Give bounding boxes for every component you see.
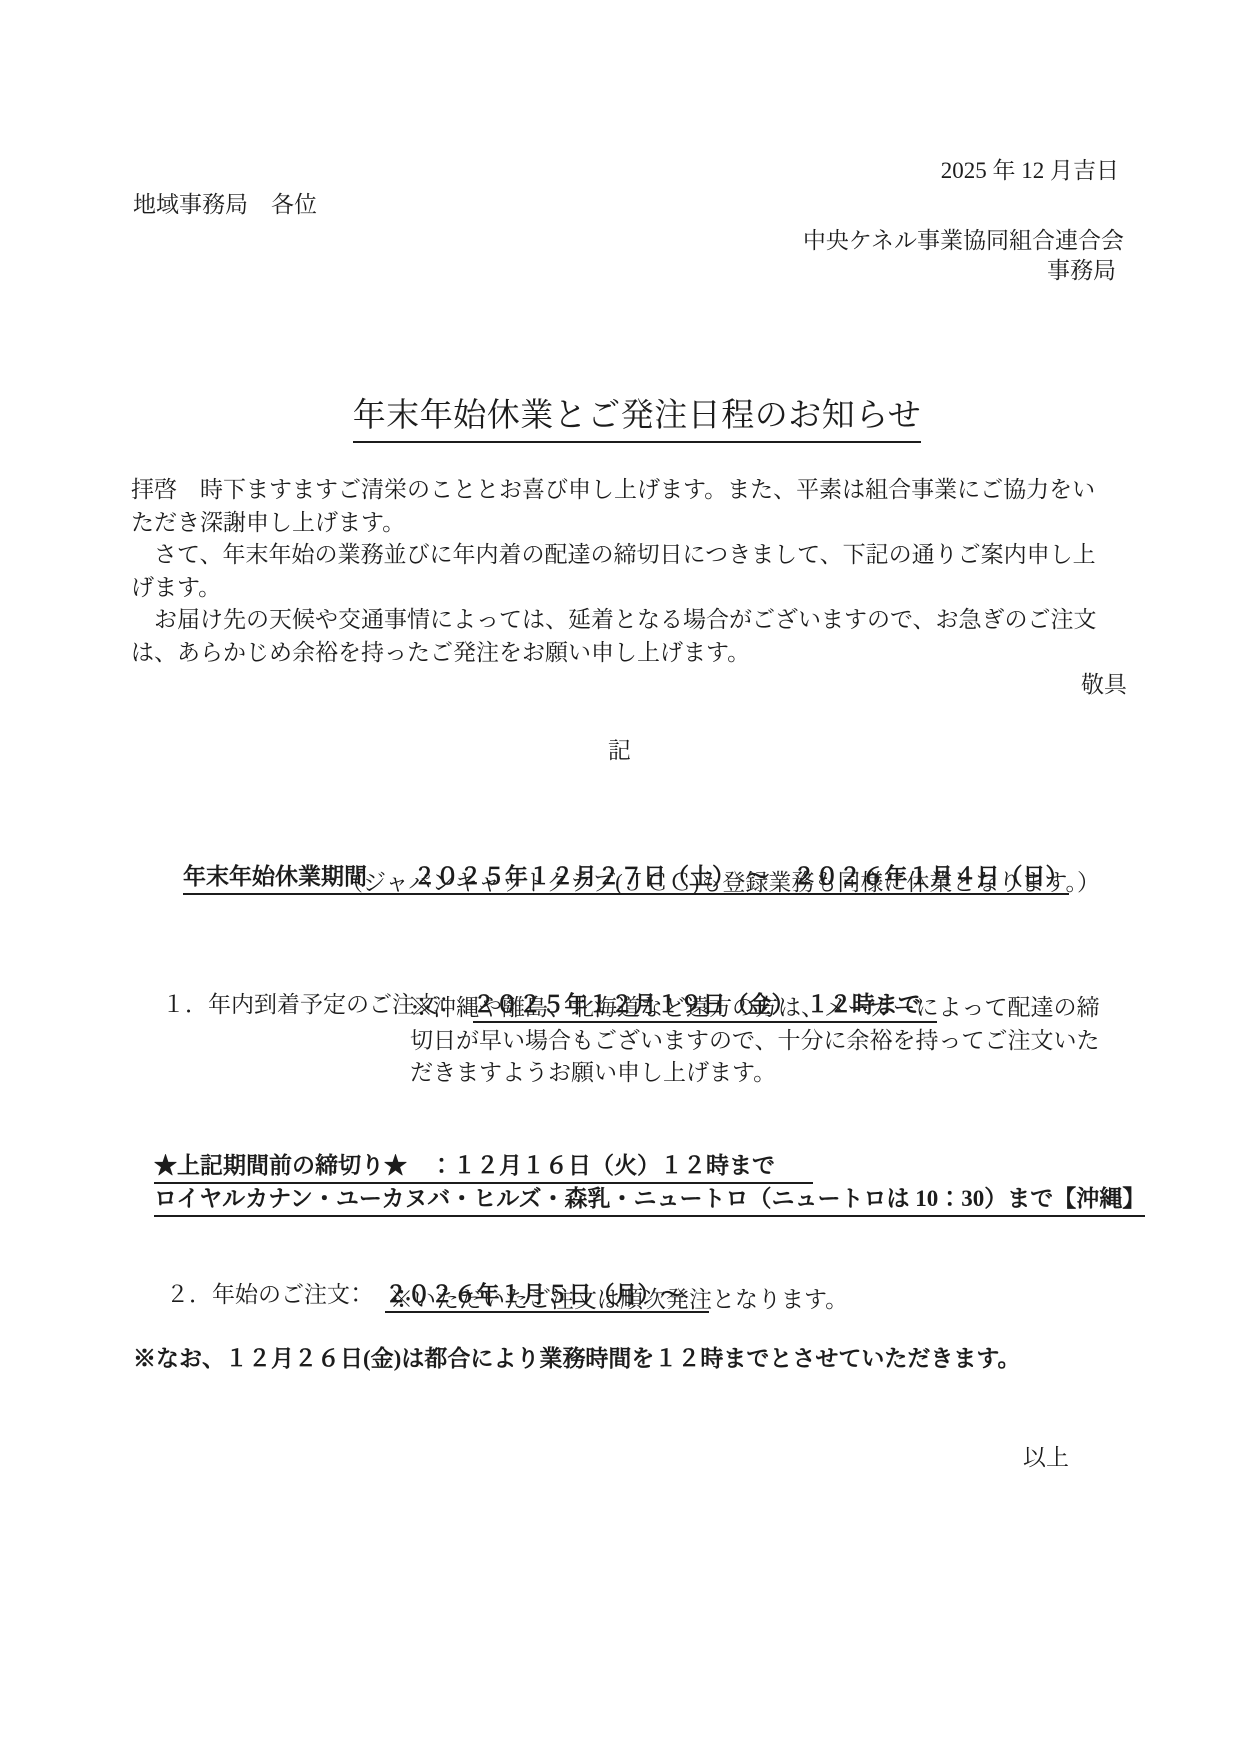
text-line: ※沖縄や離島、北海道など遠方の方は、メーカーによって配達の締 bbox=[410, 992, 1100, 1025]
text-line: ただき深謝申し上げます。 bbox=[131, 507, 1097, 540]
sender-department: 事務局 bbox=[1047, 256, 1116, 286]
text-line: だきますようお願い申し上げます。 bbox=[410, 1057, 1100, 1090]
text-line: お届け先の天候や交通事情によっては、延着となる場合がございますので、お急ぎのご注… bbox=[131, 604, 1097, 637]
business-hours-notice: ※なお、１２月２６日(金)は都合により業務時間を１２時までとさせていただきます。 bbox=[133, 1344, 1020, 1374]
text-line: 切日が早い場合もございますので、十分に余裕を持ってご注文いた bbox=[410, 1025, 1100, 1058]
section2-label: ２．年始のご注文： bbox=[166, 1282, 385, 1307]
holiday-jcc-note: （ジャパンキャットクラブ(ＪＣＣ)も登録業務も同様に休業となります。） bbox=[340, 868, 1100, 898]
text-line: さて、年末年始の業務並びに年内着の配達の締切日につきまして、下記の通りご案内申し… bbox=[131, 539, 1097, 572]
document-page: 2025 年 12 月吉日 地域事務局 各位 中央ケネル事業協同組合連合会 事務… bbox=[0, 0, 1239, 1754]
text-line: 拝啓 時下ますますご清栄のこととお喜び申し上げます。また、平素は組合事業にご協力… bbox=[131, 474, 1097, 507]
end-mark: 以上 bbox=[1023, 1443, 1069, 1473]
sender-organization: 中央ケネル事業協同組合連合会 bbox=[803, 226, 1124, 256]
text-line: は、あらかじめ余裕を持ったご発注をお願い申し上げます。 bbox=[131, 637, 1097, 670]
closing-word: 敬具 bbox=[1081, 670, 1127, 700]
addressee: 地域事務局 各位 bbox=[133, 190, 317, 220]
document-title-row: 年末年始休業とご発注日程のお知らせ bbox=[0, 352, 1239, 486]
document-title: 年末年始休業とご発注日程のお知らせ bbox=[353, 395, 922, 443]
section1-note: ※沖縄や離島、北海道など遠方の方は、メーカーによって配達の締切日が早い場合もござ… bbox=[410, 992, 1100, 1090]
pre-deadline-brands: ロイヤルカナン・ユーカヌバ・ヒルズ・森乳・ニュートロ（ニュートロは 10：30）… bbox=[154, 1184, 1145, 1217]
text-line: げます。 bbox=[131, 572, 1097, 605]
greeting-paragraphs: 拝啓 時下ますますご清栄のこととお喜び申し上げます。また、平素は組合事業にご協力… bbox=[131, 474, 1097, 669]
document-date: 2025 年 12 月吉日 bbox=[941, 156, 1119, 186]
record-mark: 記 bbox=[0, 736, 1239, 766]
section2-note: ※いただいたご注文は順次発注となります。 bbox=[390, 1285, 848, 1315]
pre-deadline-row2: ロイヤルカナン・ユーカヌバ・ヒルズ・森乳・ニュートロ（ニュートロは 10：30）… bbox=[131, 1154, 1145, 1247]
